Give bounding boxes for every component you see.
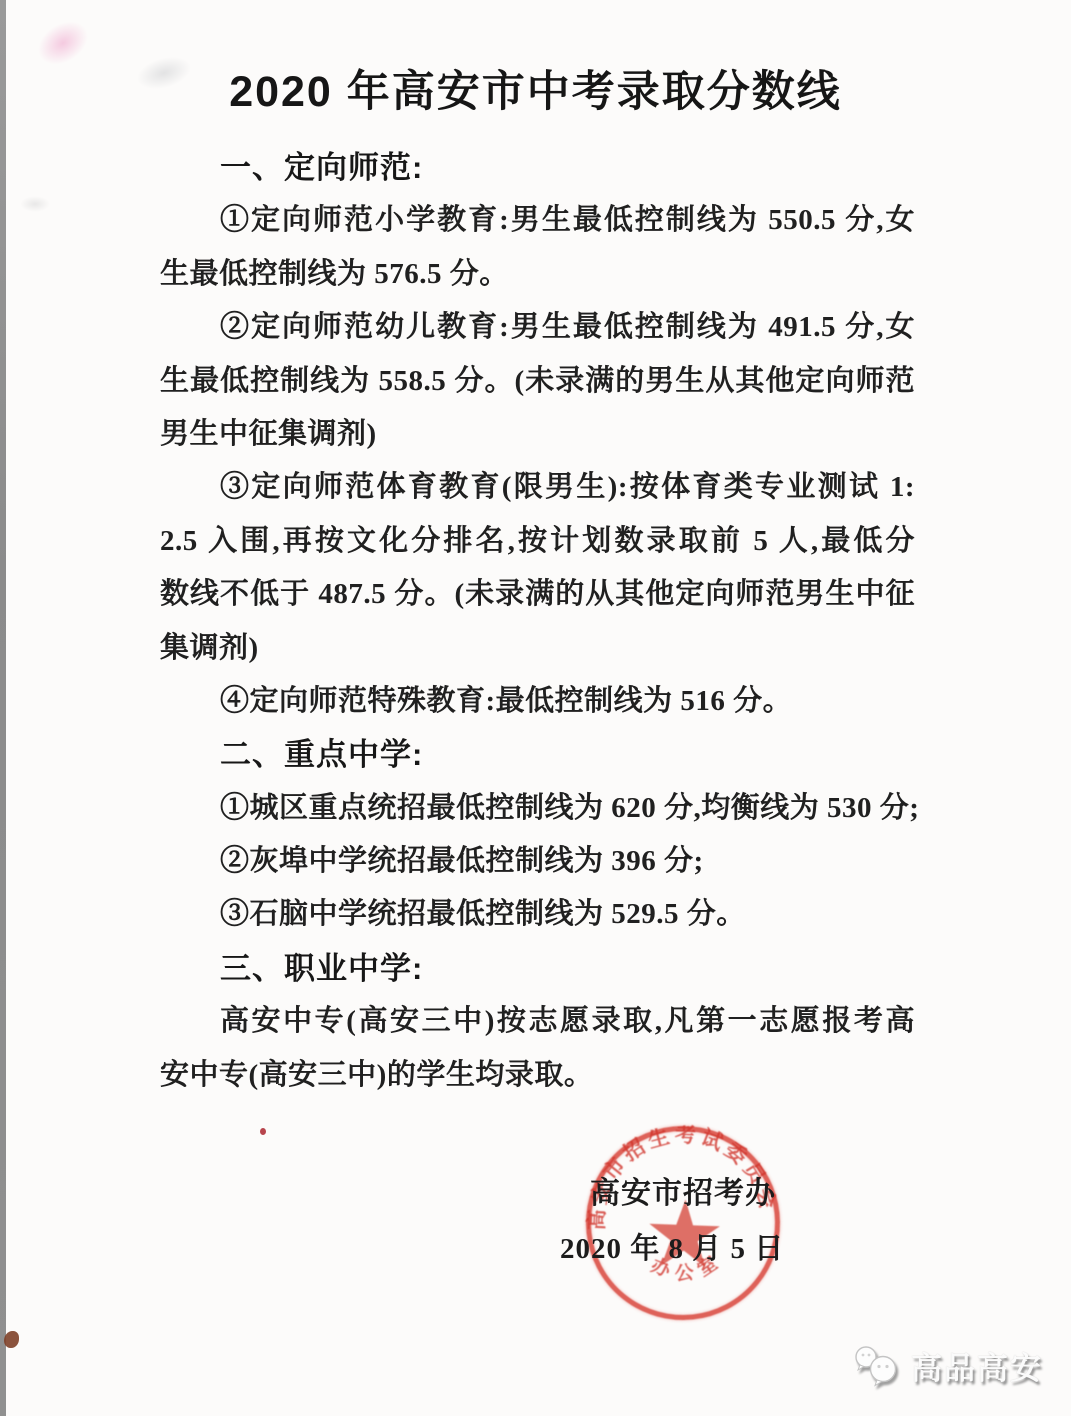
seal-arc-text: 高安市招生考试委员会 办公室 [576, 1116, 789, 1329]
watermark-text: 高品高安 [911, 1343, 1043, 1388]
signature-date: 2020 年 8 月 5 日 [560, 1226, 784, 1267]
text-line-14: ②灰埠中学统招最低控制线为 396 分; [160, 835, 915, 888]
scanned-document-page: 2020 年高安市中考录取分数线 一、定向师范:①定向师范小学教育:男生最低控制… [0, 0, 1071, 1416]
wechat-icon [853, 1345, 901, 1387]
official-seal: ★ 高安市招生考试委员会 办公室 [576, 1116, 789, 1329]
text-line-10: 集调剂) [160, 622, 915, 675]
scan-artifact-red-dot [260, 1128, 266, 1135]
text-line-4: ②定向师范幼儿教育:男生最低控制线为 491.5 分,女 [160, 301, 915, 354]
text-line-18: 安中专(高安三中)的学生均录取。 [160, 1049, 915, 1102]
text-line-2: ①定向师范小学教育:男生最低控制线为 550.5 分,女 [160, 194, 915, 247]
text-line-8: 2.5 入围,再按文化分排名,按计划数录取前 5 人,最低分 [160, 515, 915, 568]
document-title: 2020 年高安市中考录取分数线 [0, 58, 1071, 119]
scan-artifact-ink-blob [4, 1331, 19, 1348]
text-line-7: ③定向师范体育教育(限男生):按体育类专业测试 1: [160, 461, 915, 514]
scan-artifact-gray-smudge-2 [20, 196, 50, 212]
text-line-1: 一、定向师范: [160, 141, 915, 194]
text-line-6: 男生中征集调剂) [160, 408, 915, 461]
document-body: 一、定向师范:①定向师范小学教育:男生最低控制线为 550.5 分,女生最低控制… [160, 141, 915, 1102]
scan-edge-strip [0, 0, 6, 1416]
text-line-12: 二、重点中学: [160, 728, 915, 781]
text-line-5: 生最低控制线为 558.5 分。(未录满的男生从其他定向师范 [160, 355, 915, 408]
text-line-16: 三、职业中学: [160, 942, 915, 995]
signer-name: 高安市招考办 [590, 1168, 776, 1212]
text-line-13: ①城区重点统招最低控制线为 620 分,均衡线为 530 分; [160, 782, 915, 835]
text-line-17: 高安中专(高安三中)按志愿录取,凡第一志愿报考高 [160, 995, 915, 1048]
text-line-3: 生最低控制线为 576.5 分。 [160, 248, 915, 301]
text-line-9: 数线不低于 487.5 分。(未录满的从其他定向师范男生中征 [160, 568, 915, 621]
watermark-badge: 高品高安 [853, 1343, 1043, 1388]
text-line-15: ③石脑中学统招最低控制线为 529.5 分。 [160, 888, 915, 941]
text-line-11: ④定向师范特殊教育:最低控制线为 516 分。 [160, 675, 915, 728]
